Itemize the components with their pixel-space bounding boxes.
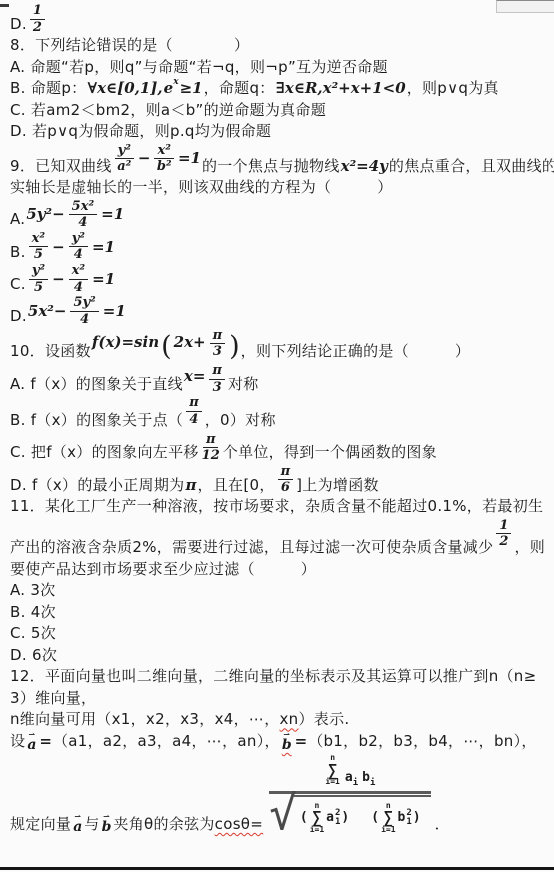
- math-segment: ≥1: [179, 79, 204, 99]
- text-segment: C. 把f（x）的图象向左平移: [10, 443, 199, 463]
- vector-symbol: ⇀a: [27, 732, 36, 752]
- text-segment: A.: [10, 210, 25, 230]
- q10-option-b: B. f（x）的图象关于点（π4，0）对称: [10, 396, 550, 430]
- q8-stem: 8．下列结论错误的是（ ）: [10, 36, 550, 56]
- text-segment: 夹角θ的余弦为: [113, 815, 214, 835]
- paren-close-icon: ): [413, 810, 421, 827]
- fraction-denominator: 4: [80, 312, 89, 327]
- math-segment: =: [294, 732, 309, 752]
- fraction-numerator: 5y²: [70, 296, 98, 312]
- math-segment: =1: [102, 302, 127, 322]
- vector-letter: b: [282, 738, 292, 752]
- scan-artifact-top-right: [496, 0, 554, 13]
- fraction: 5x²4: [69, 200, 98, 230]
- sigma-sum: n∑i=1: [381, 802, 395, 835]
- math-segment: x=: [183, 367, 207, 387]
- text-segment: ，命题q：: [204, 79, 275, 99]
- fraction-denominator: 4: [189, 412, 198, 427]
- math-segment: −: [137, 149, 152, 169]
- text-segment: D.: [10, 307, 27, 327]
- q8-option-a: A. 命题“若p，则q”与命题“若¬q，则¬p”互为逆否命题: [10, 58, 550, 78]
- group-base: a: [326, 810, 334, 827]
- fraction-denominator: a²: [117, 159, 131, 174]
- group-base: b: [398, 810, 406, 827]
- fraction: x²5: [29, 232, 48, 262]
- text-segment: D.: [10, 15, 27, 35]
- math-segment: 5y²−: [25, 205, 65, 225]
- scan-artifact-top-left: [0, 4, 9, 7]
- text-segment: 与: [84, 815, 99, 835]
- q10-stem: 10．设函数f(x)=sin(2x+π3)，则下列结论正确的是（ ）: [10, 329, 550, 362]
- text-segment: 要使产品达到市场要求至少应过滤（ ）: [10, 560, 316, 580]
- sigma-lower-limit: i=1: [381, 826, 395, 835]
- fraction-numerator: x²: [154, 144, 173, 160]
- text-segment: B. f（x）的图象关于点（: [10, 411, 183, 431]
- q12-cos-line: 规定向量⇀a与⇀b夹角θ的余弦为cosθ=n∑i=1aibi√(n∑i=1a21…: [10, 754, 550, 835]
- sigma-icon: ∑: [328, 763, 338, 778]
- denominator-group: (n∑i=1b21): [371, 802, 420, 835]
- q12-stem-line3: n维向量可用（x1，x2，x3，x4，⋯，xn）表示.: [10, 710, 550, 730]
- math-segment: =1: [91, 238, 116, 258]
- math-segment: =1: [177, 149, 202, 169]
- text-segment: 11．某化工厂生产一种溶液，按市场要求，杂质含量不能超过0.1%，若最初生: [10, 497, 543, 517]
- math-segment: f(x)=sin: [91, 333, 160, 353]
- fraction-denominator: 6: [281, 480, 290, 495]
- prev-option-d: D. 12: [10, 4, 550, 34]
- cos-theta-fraction: n∑i=1aibi√(n∑i=1a21)(n∑i=1b21): [269, 754, 430, 835]
- page-bottom-rule: [0, 867, 554, 870]
- superscript-base: e: [164, 79, 174, 99]
- text-segment: （a1，a2，a3，a4，⋯，an），: [53, 732, 280, 752]
- denominator-group: (n∑i=1a21): [300, 802, 349, 835]
- group-subscript: 1: [406, 818, 411, 827]
- text-segment: 规定向量: [10, 815, 71, 835]
- group-supsub: 21: [406, 809, 411, 827]
- q8-option-c: C. 若am2＜bm2，则a＜b”的逆命题为真命题: [10, 101, 550, 121]
- sigma-lower-limit: i=1: [325, 778, 339, 787]
- document-page: { "page": { "background": "#fbfbfb", "te…: [0, 0, 554, 872]
- term-subscript: i: [353, 779, 358, 788]
- numerator-term: ai: [345, 770, 359, 787]
- text-segment: D. 6次: [10, 646, 57, 666]
- fraction-denominator: b²: [157, 159, 172, 174]
- math-segment: 2x+: [173, 333, 207, 353]
- fraction-denominator: 3: [213, 344, 222, 359]
- fraction: y²4: [69, 232, 88, 262]
- q9-stem-line1: 9．已知双曲线y²a²−x²b²=1的一个焦点与抛物线x²=4y的焦点重合，且双…: [10, 144, 550, 176]
- q10-option-c: C. 把f（x）的图象向左平移π12个单位，得到一个偶函数的图象: [10, 433, 550, 463]
- document-body: D. 128．下列结论错误的是（ ）A. 命题“若p，则q”与命题“若¬q，则¬…: [0, 0, 554, 834]
- fraction-numerator: y²: [29, 264, 48, 280]
- sigma-icon: ∑: [383, 810, 393, 825]
- fraction-denominator: 4: [74, 280, 83, 295]
- fraction-denominator: 2: [499, 534, 508, 549]
- math-segment: =: [38, 732, 53, 752]
- fraction: 12: [496, 519, 511, 549]
- math-segment: =1: [91, 270, 116, 290]
- vector-symbol: ⇀b: [282, 732, 292, 752]
- fraction: 5y²4: [70, 296, 98, 326]
- q11-option-d: D. 6次: [10, 646, 550, 666]
- fraction: y²a²: [115, 144, 134, 174]
- text-segment: D. 若p∨q为假命题，则p.q均为假命题: [10, 122, 271, 142]
- fraction-denominator: 5: [34, 247, 43, 262]
- q8-option-b: B. 命题p：∀x∈[0,1],ex≥1，命题q：∃x∈R,x²+x+1<0，则…: [10, 79, 550, 99]
- text-segment: 对称: [228, 375, 259, 395]
- group-supsub: 21: [335, 809, 340, 827]
- q11-stem-line2: 产出的溶液含杂质2%，需要进行过滤，且每过滤一次可使杂质含量减少12，则: [10, 519, 550, 558]
- group-subscript: 1: [335, 818, 340, 827]
- big-paren-icon: ): [228, 336, 241, 359]
- fraction: π6: [278, 465, 294, 495]
- sigma-icon: ∑: [312, 810, 322, 825]
- numerator-term: bi: [362, 770, 376, 787]
- math-segment: −: [51, 238, 66, 258]
- fraction-denominator: 4: [78, 215, 87, 230]
- spellchecked-text-segment: cosθ=: [215, 815, 264, 835]
- fraction: π12: [202, 433, 220, 463]
- text-segment: ，则: [514, 538, 545, 558]
- q12-stem-line1: 12．平面向量也叫二维向量，二维向量的坐标表示及其运算可以推广到n（n≥: [10, 667, 550, 687]
- vector-letter: b: [102, 820, 112, 834]
- big-paren-icon: (: [160, 336, 173, 359]
- radical-icon: √: [269, 795, 297, 832]
- text-segment: ，则p∨q为真: [407, 79, 499, 99]
- q9-option-a: A. 5y²−5x²4=1: [10, 200, 550, 230]
- fraction-numerator: 1: [30, 4, 45, 20]
- q10-option-a: A. f（x）的图象关于直线x=π3对称: [10, 364, 550, 394]
- text-segment: B. 命题p：: [10, 79, 86, 99]
- q9-option-c: C. y²5−x²4=1: [10, 264, 550, 294]
- fraction-numerator: x²: [29, 232, 48, 248]
- text-segment: ．: [435, 815, 450, 835]
- text-segment: 产出的溶液含杂质2%，需要进行过滤，且每过滤一次可使杂质含量减少: [10, 538, 493, 558]
- fraction-denominator: 12: [202, 448, 220, 463]
- q9-option-d: D. 5x²−5y²4=1: [10, 296, 550, 326]
- text-segment: 的焦点重合，且双曲线的: [389, 157, 554, 177]
- math-segment: ∀x∈[0,1],: [86, 79, 163, 99]
- fraction-numerator: π: [186, 396, 202, 412]
- text-segment: 实轴长是虚轴长的一半，则该双曲线的方程为（ ）: [10, 178, 393, 198]
- text-segment: ，则下列结论正确的是（ ）: [241, 342, 471, 362]
- q9-option-b: B. x²5−y²4=1: [10, 232, 550, 262]
- fraction: π4: [186, 396, 202, 426]
- math-segment: −: [51, 270, 66, 290]
- fraction-denominator: 5: [34, 280, 43, 295]
- text-segment: C. 若am2＜bm2，则a＜b”的逆命题为真命题: [10, 101, 326, 121]
- text-segment: 个单位，得到一个偶函数的图象: [223, 443, 437, 463]
- fraction: y²5: [29, 264, 48, 294]
- fraction-numerator: π: [203, 433, 219, 449]
- text-segment: ，且在[0，: [197, 476, 274, 496]
- fraction-numerator: y²: [69, 232, 88, 248]
- text-segment: 9．已知双曲线: [10, 157, 112, 177]
- q9-stem-line2: 实轴长是虚轴长的一半，则该双曲线的方程为（ ）: [10, 178, 550, 198]
- text-segment: D. f（x）的最小正周期为: [10, 476, 184, 496]
- fraction: π3: [209, 364, 225, 394]
- math-superscript-group: ex: [164, 79, 179, 99]
- sigma-sum: n∑i=1: [325, 754, 339, 787]
- radicand: (n∑i=1a21)(n∑i=1b21): [294, 795, 431, 835]
- text-segment: n维向量可用（x1，x2，x3，x4，⋯，: [10, 710, 280, 730]
- paren-close-icon: ): [341, 810, 349, 827]
- text-segment: A. 3次: [10, 581, 56, 601]
- paren-open-icon: (: [371, 810, 379, 827]
- fraction: π3: [210, 329, 226, 359]
- text-segment: （b1，b2，b3，b4，⋯，bn），: [308, 732, 537, 752]
- math-segment: x²=4y: [340, 157, 389, 177]
- fraction-numerator: 5x²: [69, 200, 98, 216]
- text-segment: ]上为增函数: [296, 476, 379, 496]
- q12-stem-line4: 设⇀a=（a1，a2，a3，a4，⋯，an），⇀b=（b1，b2，b3，b4，⋯…: [10, 732, 550, 752]
- q11-stem-line3: 要使产品达到市场要求至少应过滤（ ）: [10, 560, 550, 580]
- q11-option-a: A. 3次: [10, 581, 550, 601]
- text-segment: C. 5次: [10, 624, 56, 644]
- q10-option-d: D. f（x）的最小正周期为π，且在[0，π6]上为增函数: [10, 465, 550, 495]
- math-segment: π: [184, 476, 197, 496]
- math-segment: 5x²−: [27, 302, 68, 322]
- vector-letter: a: [73, 820, 82, 834]
- text-segment: 3）维向量，: [10, 689, 96, 709]
- text-segment: 设: [10, 732, 25, 752]
- fraction-denominator: 3: [213, 380, 222, 395]
- fraction-denominator: 4: [74, 247, 83, 262]
- q11-stem-line1: 11．某化工厂生产一种溶液，按市场要求，杂质含量不能超过0.1%，若最初生: [10, 497, 550, 517]
- text-segment: ）表示.: [298, 710, 349, 730]
- spellchecked-text-segment: xn: [280, 710, 299, 730]
- fraction-numerator: π: [210, 329, 226, 345]
- q11-option-b: B. 4次: [10, 603, 550, 623]
- sigma-sum: n∑i=1: [310, 802, 324, 835]
- text-segment: 的一个焦点与抛物线: [202, 157, 340, 177]
- fraction: x²b²: [154, 144, 173, 174]
- term-base: b: [362, 770, 370, 787]
- text-segment: A. 命题“若p，则q”与命题“若¬q，则¬p”互为逆否命题: [10, 58, 388, 78]
- fraction-numerator: π: [278, 465, 294, 481]
- term-subscript: i: [370, 779, 375, 788]
- q11-option-c: C. 5次: [10, 624, 550, 644]
- text-segment: B. 4次: [10, 603, 56, 623]
- text-segment: 8．下列结论错误的是（ ）: [10, 36, 249, 56]
- fraction: 12: [30, 4, 45, 34]
- paren-open-icon: (: [300, 810, 308, 827]
- fraction-numerator: x²: [69, 264, 88, 280]
- math-segment: =1: [100, 205, 125, 225]
- fraction: x²4: [69, 264, 88, 294]
- text-segment: B.: [10, 243, 26, 263]
- vector-symbol: ⇀b: [102, 814, 112, 834]
- text-segment: ，0）对称: [205, 411, 276, 431]
- q12-stem-line2: 3）维向量，: [10, 689, 550, 709]
- text-segment: 12．平面向量也叫二维向量，二维向量的坐标表示及其运算可以推广到n（n≥: [10, 667, 536, 687]
- term-base: a: [345, 770, 353, 787]
- sigma-lower-limit: i=1: [310, 826, 324, 835]
- q8-option-d: D. 若p∨q为假命题，则p.q均为假命题: [10, 122, 550, 142]
- math-segment: ∃x∈R,x²+x+1<0: [275, 79, 407, 99]
- fraction-numerator: π: [209, 364, 225, 380]
- vector-symbol: ⇀a: [73, 814, 82, 834]
- cos-denominator: √(n∑i=1a21)(n∑i=1b21): [269, 794, 430, 835]
- fraction-denominator: 2: [33, 20, 42, 35]
- text-segment: A. f（x）的图象关于直线: [10, 375, 183, 395]
- text-segment: C.: [10, 275, 26, 295]
- text-segment: 10．设函数: [10, 342, 91, 362]
- vector-letter: a: [27, 738, 36, 752]
- fraction-numerator: y²: [115, 144, 134, 160]
- fraction-numerator: 1: [496, 519, 511, 535]
